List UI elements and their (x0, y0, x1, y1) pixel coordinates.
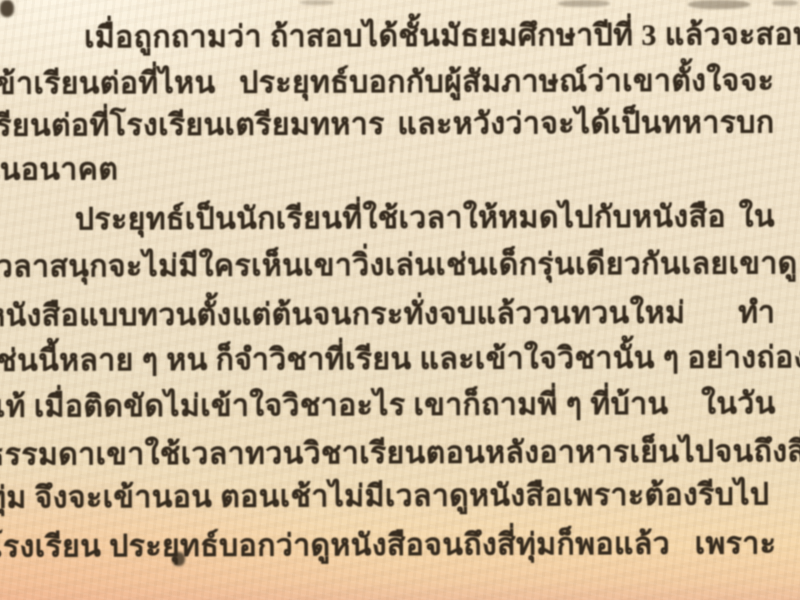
line-text: ทุ่ม จึงจะเข้านอน ตอนเช้าไม่มีเวลาดูหนัง… (0, 472, 770, 521)
edge-ink-fragment (558, 0, 610, 7)
text-line-3: เรียนต่อที่โรงเรียนเตรียมทหาร และหวังว่า… (0, 100, 791, 150)
line-text: เข้าเรียนต่อที่ไหน (0, 61, 216, 108)
line-text: เพราะ (695, 521, 777, 567)
edge-ink-fragment (772, 0, 798, 6)
body-text: เมื่อถูกถามว่า ถ้าสอบได้ชั้นมัธยมศึกษาปี… (0, 0, 790, 2)
line-text: จะสอบ (721, 12, 800, 58)
edge-ink-fragment (300, 0, 334, 5)
text-line-1: เมื่อถูกถามว่า ถ้าสอบได้ชั้นมัธยมศึกษาปี… (0, 12, 790, 62)
text-line-5: ประยุทธ์เป็นนักเรียนที่ใช้เวลาให้หมดไปกั… (0, 194, 791, 244)
text-line-9: แท้ เมื่อติดขัดไม่เข้าใจวิชาอะไร เขาก็ถา… (0, 381, 792, 431)
line-text: ใน (739, 194, 775, 240)
line-text: โรงเรียน ประยุทธ์บอกว่าดูหนังสือจนถึงสี่… (0, 522, 670, 571)
text-line-6: เวลาสนุกจะไม่มีใครเห็นเขาวิ่งเล่นเช่นเด็… (0, 241, 791, 291)
edge-ink-fragment (0, 0, 14, 17)
text-line-7: หนังสือแบบทวนตั้งแต่ต้นจนกระทั่งจบแล้ววน… (0, 290, 791, 340)
text-line-12: โรงเรียน ประยุทธ์บอกว่าดูหนังสือจนถึงสี่… (0, 521, 792, 571)
line-text: เขาดู (729, 241, 798, 287)
line-text: เวลาสนุกจะไม่มีใครเห็นเขาวิ่งเล่นเช่นเด็… (0, 242, 729, 291)
line-text: และหวังว่าจะได้เป็นทหารบก (397, 100, 774, 148)
line-text: ในวัน (701, 381, 776, 427)
line-text: เมื่อถูกถามว่า ถ้าสอบได้ชั้นมัธยมศึกษาปี… (84, 13, 721, 62)
line-text: ในอนาคต (0, 147, 118, 194)
text-line-11: ทุ่ม จึงจะเข้านอน ตอนเช้าไม่มีเวลาดูหนัง… (0, 472, 792, 522)
line-text: เรียนต่อที่โรงเรียนเตรียมทหาร (0, 102, 385, 150)
line-text: แท้ เมื่อติดขัดไม่เข้าใจวิชาอะไร เขาก็ถา… (0, 382, 669, 431)
line-text: หนังสือแบบทวนตั้งแต่ต้นจนกระทั่งจบแล้ววน… (0, 291, 686, 340)
line-text: ทำ (738, 290, 775, 336)
line-text: เช่นนี้หลาย ๆ หน ก็จำวิชาที่เรียน และเข้… (0, 335, 800, 385)
text-line-10: ธรรมดาเขาใช้เวลาทวนวิชาเรียนตอนหลังอาหาร… (0, 429, 792, 479)
line-text: ประยุทธ์บอกกับผู้สัมภาษณ์ว่าเขาตั้งใจจะ (239, 58, 774, 106)
text-line-8: เช่นนี้หลาย ๆ หน ก็จำวิชาที่เรียน และเข้… (0, 335, 792, 385)
text-line-4: ในอนาคต (0, 144, 791, 194)
line-text: ธรรมดาเขาใช้เวลาทวนวิชาเรียนตอนหลังอาหาร… (0, 429, 800, 479)
scanned-page: เมื่อถูกถามว่า ถ้าสอบได้ชั้นมัธยมศึกษาปี… (0, 0, 800, 600)
edge-ink-fragment (688, 0, 750, 9)
line-text: ประยุทธ์เป็นนักเรียนที่ใช้เวลาให้หมดไปกั… (75, 195, 726, 244)
